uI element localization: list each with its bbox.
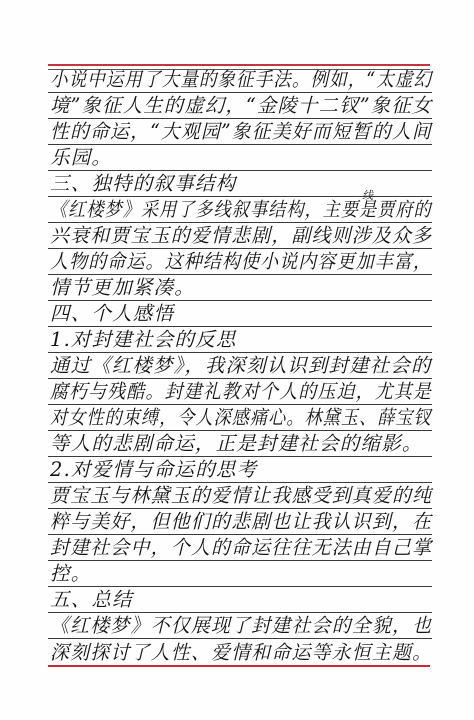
- notebook-page: 小说中运用了大量的象征手法。例如，“太虚幻 境”象征人生的虚幻，“金陵十二钗”象…: [0, 0, 474, 720]
- line-text: 粹与美好，但他们的悲剧也让我认识到，在: [50, 511, 432, 533]
- line-text: 人物的命运。这种结构使小说内容更加丰富，: [50, 251, 432, 273]
- section-heading-5: 五、总结: [48, 587, 432, 613]
- text-line-4: 乐园。: [48, 145, 432, 171]
- line-text: 等人的悲剧命运，正是封建社会的缩影。: [50, 433, 423, 455]
- heading-text: 1.对封建社会的反思: [50, 329, 237, 351]
- text-line-6: 《红楼梦》采用了多线叙事结构，主要是贾府的 线: [48, 197, 432, 223]
- line-text: 《红楼梦》采用了多线叙事结构，主要是贾府的: [50, 199, 432, 221]
- text-line-22: 《红楼梦》不仅展现了封建社会的全貌，也: [48, 613, 432, 639]
- line-text: 乐园。: [50, 147, 112, 169]
- heading-text: 四、个人感悟: [50, 303, 174, 325]
- text-line-7: 兴衰和贾宝玉的爱情悲剧，副线则涉及众多: [48, 223, 432, 249]
- line-text: 封建社会中，个人的命运往往无法由自己掌: [50, 537, 432, 559]
- top-margin-red-line: [48, 64, 430, 66]
- heading-text: 三、独特的叙事结构: [50, 173, 236, 195]
- line-text: 境”象征人生的虚幻，“金陵十二钗”象征女: [50, 95, 432, 117]
- text-line-3: 性的命运，“大观园”象征美好而短暂的人间: [48, 119, 432, 145]
- text-line-8: 人物的命运。这种结构使小说内容更加丰富，: [48, 249, 432, 275]
- heading-text: 2.对爱情与命运的思考: [50, 459, 257, 481]
- bottom-margin-red-line: [48, 665, 430, 667]
- line-text: 小说中运用了大量的象征手法。例如，“太虚幻: [50, 69, 432, 91]
- text-line-20: 控。: [48, 561, 432, 587]
- line-text: 通过《红楼梦》，我深刻认识到封建社会的: [50, 355, 432, 377]
- line-text: 兴衰和贾宝玉的爱情悲剧，副线则涉及众多: [50, 225, 432, 247]
- text-line-23: 深刻探讨了人性、爱情和命运等永恒主题。: [48, 639, 432, 665]
- subheading-4-2: 2.对爱情与命运的思考: [48, 457, 432, 483]
- line-text: 性的命运，“大观园”象征美好而短暂的人间: [50, 121, 432, 143]
- text-line-14: 对女性的束缚，令人深感痛心。林黛玉、薛宝钗: [48, 405, 432, 431]
- line-text: 控。: [50, 563, 91, 585]
- heading-text: 五、总结: [50, 589, 133, 611]
- text-line-12: 通过《红楼梦》，我深刻认识到封建社会的: [48, 353, 432, 379]
- text-line-13: 腐朽与残酷。封建礼教对个人的压迫，尤其是: [48, 379, 432, 405]
- line-text: 贾宝玉与林黛玉的爱情让我感受到真爱的纯: [50, 485, 432, 507]
- line-text: 深刻探讨了人性、爱情和命运等永恒主题。: [50, 642, 432, 664]
- section-heading-3: 三、独特的叙事结构: [48, 171, 432, 197]
- text-line-17: 贾宝玉与林黛玉的爱情让我感受到真爱的纯: [48, 483, 432, 509]
- text-line-19: 封建社会中，个人的命运往往无法由自己掌: [48, 535, 432, 561]
- subheading-4-1: 1.对封建社会的反思: [48, 327, 432, 353]
- inserted-annotation: 线: [362, 187, 373, 203]
- text-line-9: 情节更加紧凑。: [48, 275, 432, 301]
- handwritten-text-body: 小说中运用了大量的象征手法。例如，“太虚幻 境”象征人生的虚幻，“金陵十二钗”象…: [48, 67, 432, 665]
- line-text: 腐朽与残酷。封建礼教对个人的压迫，尤其是: [50, 381, 432, 403]
- section-heading-4: 四、个人感悟: [48, 301, 432, 327]
- line-text: 情节更加紧凑。: [50, 277, 195, 299]
- line-text: 对女性的束缚，令人深感痛心。林黛玉、薛宝钗: [50, 407, 432, 429]
- line-text: 《红楼梦》不仅展现了封建社会的全貌，也: [50, 615, 432, 637]
- text-line-1: 小说中运用了大量的象征手法。例如，“太虚幻: [48, 67, 432, 93]
- text-line-15: 等人的悲剧命运，正是封建社会的缩影。: [48, 431, 432, 457]
- text-line-18: 粹与美好，但他们的悲剧也让我认识到，在: [48, 509, 432, 535]
- text-line-2: 境”象征人生的虚幻，“金陵十二钗”象征女: [48, 93, 432, 119]
